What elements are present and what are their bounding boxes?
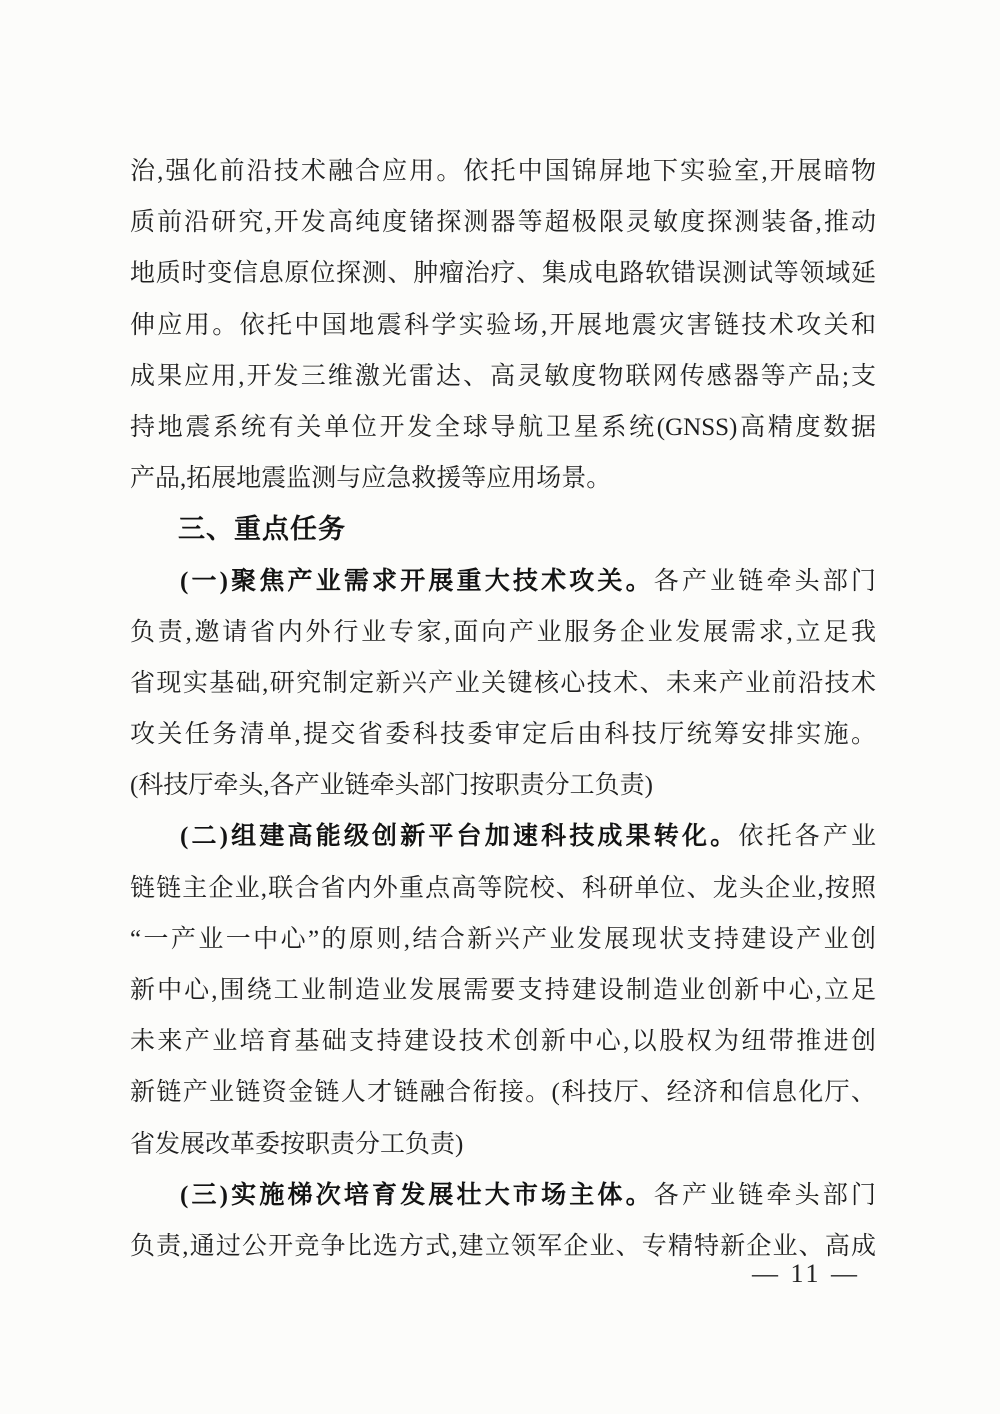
paragraph-lead-tail: 各产业链牵头部门 bbox=[654, 568, 876, 595]
text-line: 攻关任务清单,提交省委科技委审定后由科技厅统筹安排实施。 bbox=[130, 709, 876, 760]
text-line: 地质时变信息原位探测、肿瘤治疗、集成电路软错误测试等领域延 bbox=[130, 248, 876, 299]
paragraph-continuation: 治,强化前沿技术融合应用。依托中国锦屏地下实验室,开展暗物 质前沿研究,开发高纯… bbox=[130, 146, 876, 504]
text-line: 新中心,围绕工业制造业发展需要支持建设制造业创新中心,立足 bbox=[130, 965, 876, 1016]
text-line: (一)聚焦产业需求开展重大技术攻关。各产业链牵头部门 bbox=[130, 556, 876, 607]
paragraph-lead-tail: 各产业链牵头部门 bbox=[654, 1182, 876, 1209]
paragraph-item-2: (二)组建高能级创新平台加速科技成果转化。依托各产业 链链主企业,联合省内外重点… bbox=[130, 811, 876, 1169]
text-line: 链链主企业,联合省内外重点高等院校、科研单位、龙头企业,按照 bbox=[130, 863, 876, 914]
text-line: 产品,拓展地震监测与应急救援等应用场景。 bbox=[130, 453, 876, 504]
paragraph-lead-tail: 依托各产业 bbox=[738, 823, 876, 850]
paragraph-lead: (二)组建高能级创新平台加速科技成果转化。 bbox=[180, 823, 738, 850]
text-line: “一产业一中心”的原则,结合新兴产业发展现状支持建设产业创 bbox=[130, 914, 876, 965]
text-line: 质前沿研究,开发高纯度锗探测器等超极限灵敏度探测装备,推动 bbox=[130, 197, 876, 248]
text-line: 新链产业链资金链人才链融合衔接。(科技厅、经济和信息化厅、 bbox=[130, 1067, 876, 1118]
text-line: 伸应用。依托中国地震科学实验场,开展地震灾害链技术攻关和 bbox=[130, 300, 876, 351]
text-line: 成果应用,开发三维激光雷达、高灵敏度物联网传感器等产品;支 bbox=[130, 351, 876, 402]
text-line: 持地震系统有关单位开发全球导航卫星系统(GNSS)高精度数据 bbox=[130, 402, 876, 453]
paragraph-lead: (三)实施梯次培育发展壮大市场主体。 bbox=[180, 1182, 654, 1209]
document-page: 治,强化前沿技术融合应用。依托中国锦屏地下实验室,开展暗物 质前沿研究,开发高纯… bbox=[0, 0, 1000, 1414]
text-line: 负责,邀请省内外行业专家,面向产业服务企业发展需求,立足我 bbox=[130, 607, 876, 658]
text-line: 省发展改革委按职责分工负责) bbox=[130, 1119, 876, 1170]
text-line: 未来产业培育基础支持建设技术创新中心,以股权为纽带推进创 bbox=[130, 1016, 876, 1067]
text-line: 治,强化前沿技术融合应用。依托中国锦屏地下实验室,开展暗物 bbox=[130, 146, 876, 197]
paragraph-lead: (一)聚焦产业需求开展重大技术攻关。 bbox=[180, 568, 654, 595]
document-body: 治,强化前沿技术融合应用。依托中国锦屏地下实验室,开展暗物 质前沿研究,开发高纯… bbox=[130, 146, 876, 1272]
text-line: (二)组建高能级创新平台加速科技成果转化。依托各产业 bbox=[130, 811, 876, 862]
page-number: — 11 — bbox=[752, 1254, 860, 1294]
text-line: (科技厅牵头,各产业链牵头部门按职责分工负责) bbox=[130, 760, 876, 811]
text-line: (三)实施梯次培育发展壮大市场主体。各产业链牵头部门 bbox=[130, 1170, 876, 1221]
paragraph-item-1: (一)聚焦产业需求开展重大技术攻关。各产业链牵头部门 负责,邀请省内外行业专家,… bbox=[130, 556, 876, 812]
section-heading: 三、重点任务 bbox=[130, 504, 876, 555]
text-line: 省现实基础,研究制定新兴产业关键核心技术、未来产业前沿技术 bbox=[130, 658, 876, 709]
